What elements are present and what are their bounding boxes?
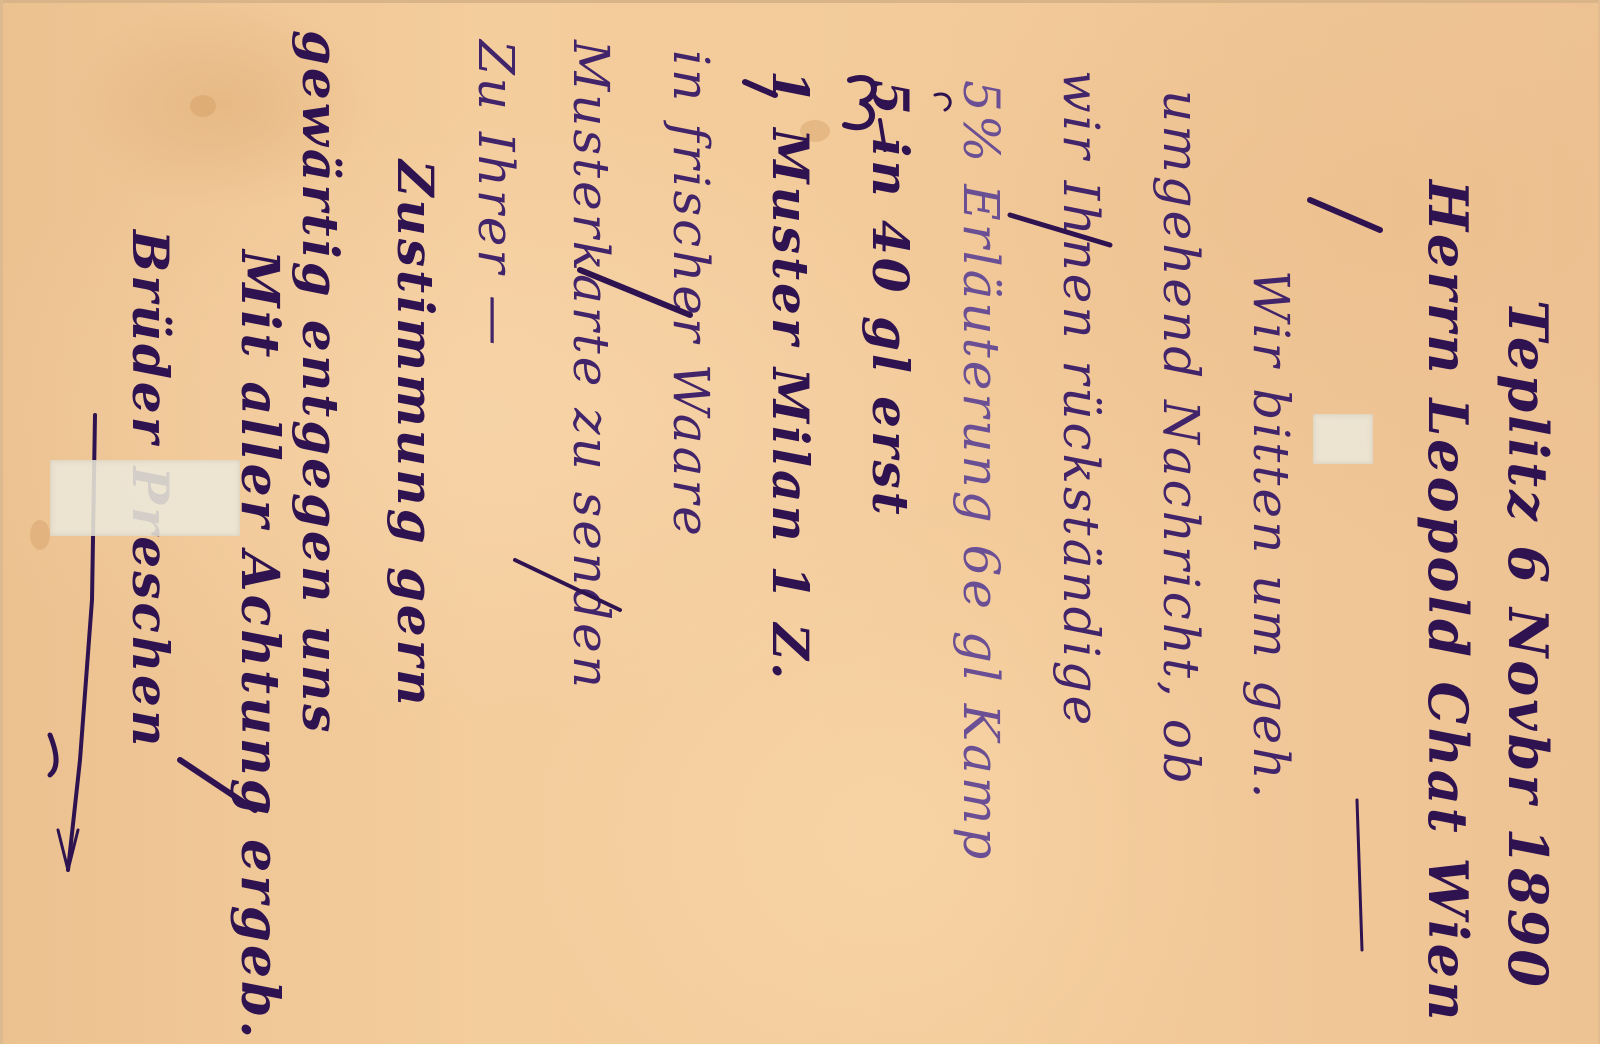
margin-number-1 — [745, 82, 775, 95]
tape-strip — [1313, 414, 1373, 464]
margin-number-5b — [935, 94, 950, 110]
pen-strokes — [0, 0, 1600, 1044]
underline-stroke — [1357, 800, 1362, 950]
margin-number-5 — [845, 78, 874, 127]
tape-strip — [50, 460, 240, 536]
arrow-head — [58, 830, 78, 870]
postcard-paper: Teplitz 6 Novbr 1890 Herrn Leopold Chat … — [0, 0, 1600, 1044]
arrow-tick — [50, 735, 56, 775]
